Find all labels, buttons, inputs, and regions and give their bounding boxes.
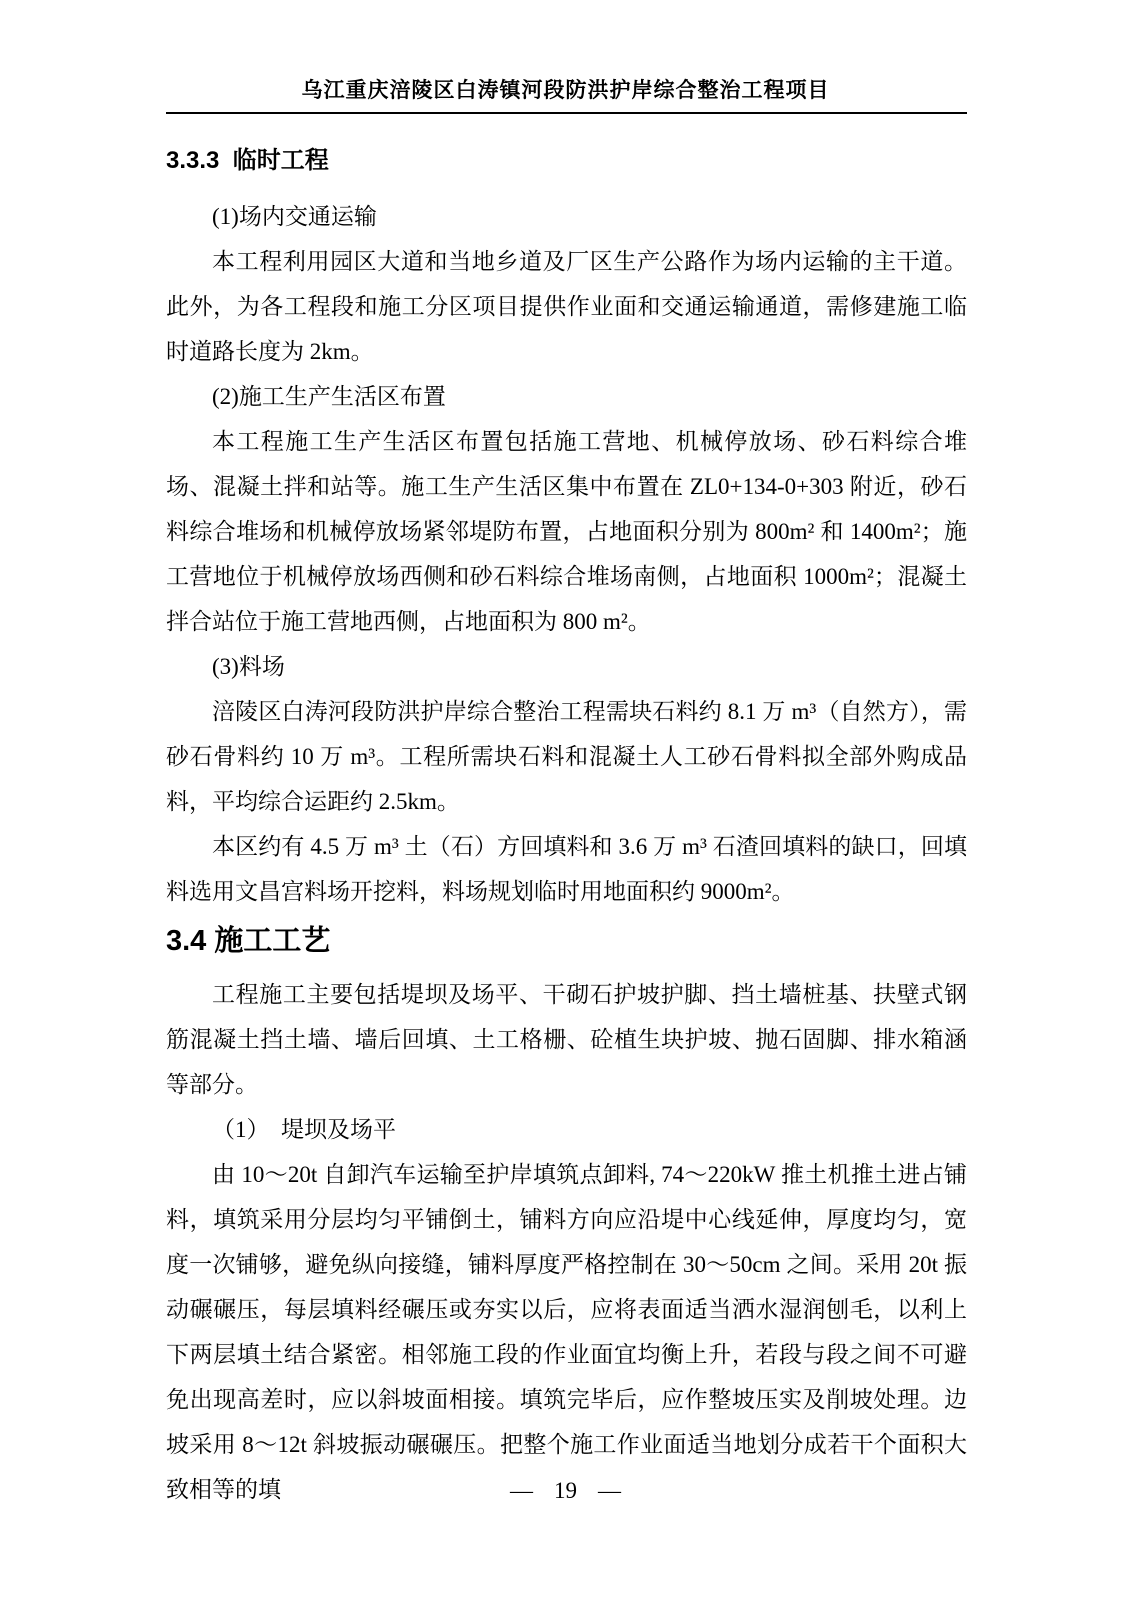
page-footer: — 19 — — [0, 1478, 1131, 1504]
header-rule — [166, 112, 967, 114]
document-header-title: 乌江重庆涪陵区白涛镇河段防洪护岸综合整治工程项目 — [0, 0, 1131, 104]
paragraph-living-area-layout: 本工程施工生产生活区布置包括施工营地、机械停放场、砂石料综合堆场、混凝土拌和站等… — [166, 419, 967, 644]
paragraph-material-yard-2: 本区约有 4.5 万 m³ 土（石）方回填料和 3.6 万 m³ 石渣回填料的缺… — [166, 824, 967, 914]
document-page: 乌江重庆涪陵区白涛镇河段防洪护岸综合整治工程项目 3.3.3 临时工程 (1)场… — [0, 0, 1131, 1600]
paragraph-material-yard-1: 涪陵区白涛河段防洪护岸综合整治工程需块石料约 8.1 万 m³（自然方），需砂石… — [166, 689, 967, 824]
paragraph-embankment-leveling: 由 10～20t 自卸汽车运输至护岸填筑点卸料, 74～220kW 推土机推土进… — [166, 1152, 967, 1512]
subsection-title-material-yard: (3)料场 — [166, 644, 967, 689]
item-title-embankment-leveling: （1） 堤坝及场平 — [166, 1107, 967, 1152]
paragraph-site-transport: 本工程利用园区大道和当地乡道及厂区生产公路作为场内运输的主干道。此外，为各工程段… — [166, 239, 967, 374]
subsection-title-living-area-layout: (2)施工生产生活区布置 — [166, 374, 967, 419]
footer-dash-left: — — [510, 1478, 533, 1504]
section-heading-3-4: 3.4 施工工艺 — [166, 920, 967, 962]
footer-dash-right: — — [598, 1478, 621, 1504]
page-number: 19 — [554, 1478, 577, 1504]
subsection-title-site-transport: (1)场内交通运输 — [166, 194, 967, 239]
document-body: 3.3.3 临时工程 (1)场内交通运输 本工程利用园区大道和当地乡道及厂区生产… — [166, 144, 967, 1512]
paragraph-construction-process-intro: 工程施工主要包括堤坝及场平、干砌石护坡护脚、挡土墙桩基、扶壁式钢筋混凝土挡土墙、… — [166, 972, 967, 1107]
section-heading-3-3-3: 3.3.3 临时工程 — [166, 144, 967, 178]
